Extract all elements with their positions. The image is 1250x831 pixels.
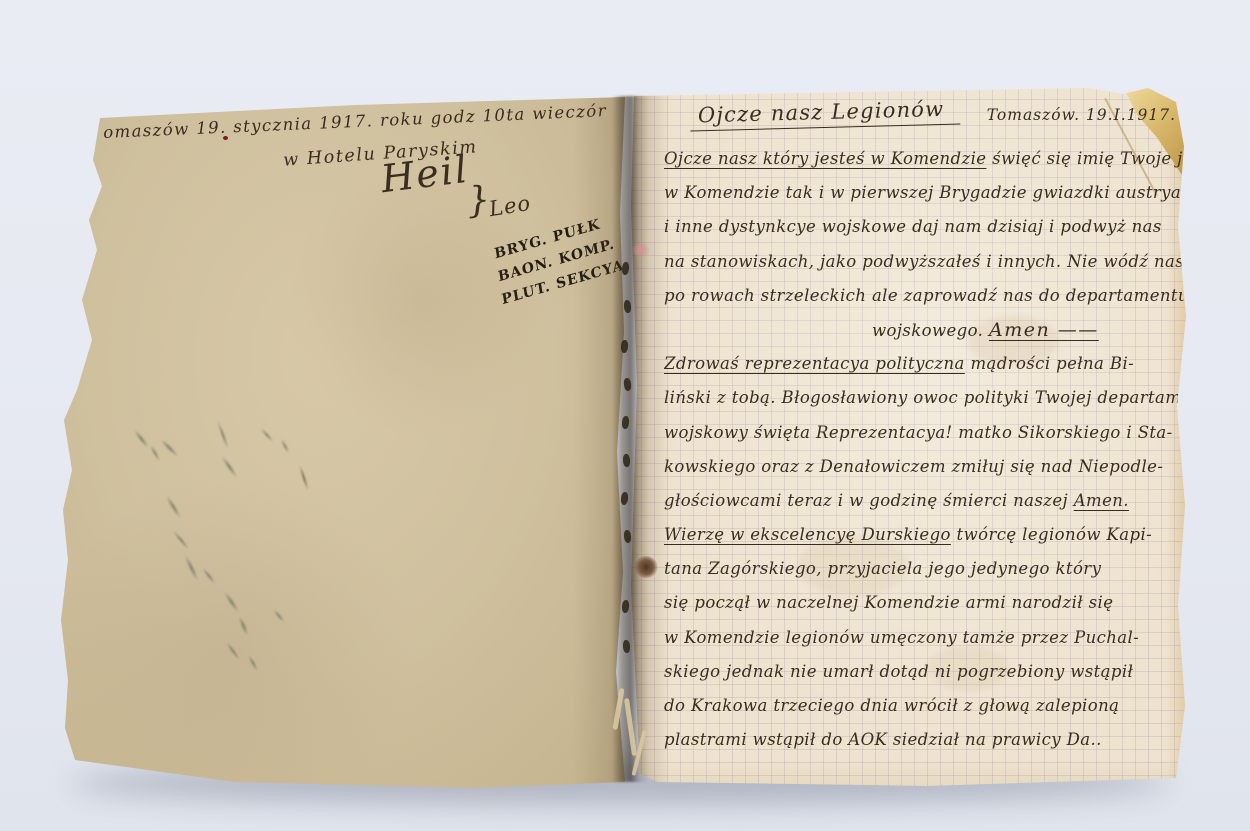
stitch-mark bbox=[623, 454, 631, 467]
manuscript-line: wojskowy święta Reprezentacya! matko Sik… bbox=[664, 416, 1184, 450]
manuscript-header: Ojcze nasz Legionów Tomaszów. 19.I.1917. bbox=[664, 100, 1176, 128]
manuscript-line: liński z tobą. Błogosławiony owoc polity… bbox=[664, 381, 1184, 415]
notebook-page-right: Ojcze nasz Legionów Tomaszów. 19.I.1917.… bbox=[628, 86, 1190, 790]
manuscript-dateline: Tomaszów. 19.I.1917. bbox=[987, 106, 1176, 128]
ink-smudge bbox=[237, 616, 250, 636]
manuscript-line: skiego jednak nie umarł dotąd ni pogrzeb… bbox=[664, 655, 1184, 689]
ink-smudge bbox=[223, 591, 241, 614]
manuscript-line: do Krakowa trzeciego dnia wrócił z głową… bbox=[664, 689, 1184, 723]
red-ink-dot bbox=[223, 136, 228, 140]
spine-gutter-shadow bbox=[612, 96, 648, 782]
ink-smudge bbox=[225, 641, 241, 661]
ink-smudge bbox=[272, 609, 285, 624]
manuscript-line: po rowach strzeleckich ale zaprowadź nas… bbox=[664, 279, 1184, 313]
manuscript-body: Ojcze nasz który jesteś w Komendzie świę… bbox=[664, 142, 1184, 757]
ink-smudge bbox=[149, 444, 161, 462]
signature: Heil bbox=[379, 147, 472, 201]
manuscript-line: głościowcami teraz i w godzinę śmierci n… bbox=[664, 484, 1184, 518]
ink-smudge bbox=[183, 554, 200, 581]
ink-smudge bbox=[201, 567, 216, 585]
manuscript-line: w Komendzie legionów umęczony tamże prze… bbox=[664, 621, 1184, 655]
manuscript-line: Ojcze nasz który jesteś w Komendzie świę… bbox=[664, 142, 1184, 176]
manuscript-line: na stanowiskach, jako podwyższałeś i inn… bbox=[664, 245, 1184, 279]
signature-flourish: } bbox=[466, 179, 492, 221]
pink-wax-spot bbox=[632, 242, 650, 258]
ink-smudge bbox=[279, 438, 290, 454]
manuscript-line: tana Zagórskiego, przyjaciela jego jedyn… bbox=[664, 552, 1184, 586]
manuscript-line: w Komendzie tak i w pierwszej Brygadzie … bbox=[664, 176, 1184, 210]
manuscript-title: Ojcze nasz Legionów bbox=[690, 96, 961, 131]
ink-smudge bbox=[164, 495, 182, 520]
manuscript-line: i inne dystynkcye wojskowe daj nam dzisi… bbox=[664, 210, 1184, 244]
notebook-page-left: omaszów 19. stycznia 1917. roku godz 10t… bbox=[55, 92, 643, 792]
manuscript-line: kowskiego oraz z Denałowiczem zmiłuj się… bbox=[664, 450, 1184, 484]
ink-smudge bbox=[216, 420, 230, 450]
signature-name: Leo bbox=[487, 191, 532, 221]
ink-smudge bbox=[259, 427, 274, 443]
ink-smudge bbox=[172, 530, 190, 551]
handwritten-date: omaszów 19. stycznia 1917. roku godz 10t… bbox=[103, 101, 607, 142]
handwritten-location: w Hotelu Paryskim bbox=[283, 137, 479, 171]
manuscript-line: się począł w naczelnej Komendzie armi na… bbox=[664, 586, 1184, 620]
brown-rust-spot bbox=[634, 556, 658, 578]
ink-smudge bbox=[247, 654, 259, 672]
manuscript-line: Wierzę w ekscelencyę Durskiego twórcę le… bbox=[664, 518, 1184, 552]
ink-smudge bbox=[133, 429, 150, 449]
manuscript-line-amen: wojskowego. Amen —— bbox=[664, 313, 1184, 347]
photo-background: Ojcze nasz Legionów Tomaszów. 19.I.1917.… bbox=[0, 0, 1250, 831]
manuscript-line: plastrami wstąpił do AOK siedział na pra… bbox=[664, 723, 1184, 757]
ink-smudge bbox=[298, 464, 310, 492]
ink-smudge bbox=[159, 438, 180, 459]
ink-smudge bbox=[220, 455, 239, 479]
manuscript-line: Zdrowaś reprezentacya polityczna mądrośc… bbox=[664, 347, 1184, 381]
